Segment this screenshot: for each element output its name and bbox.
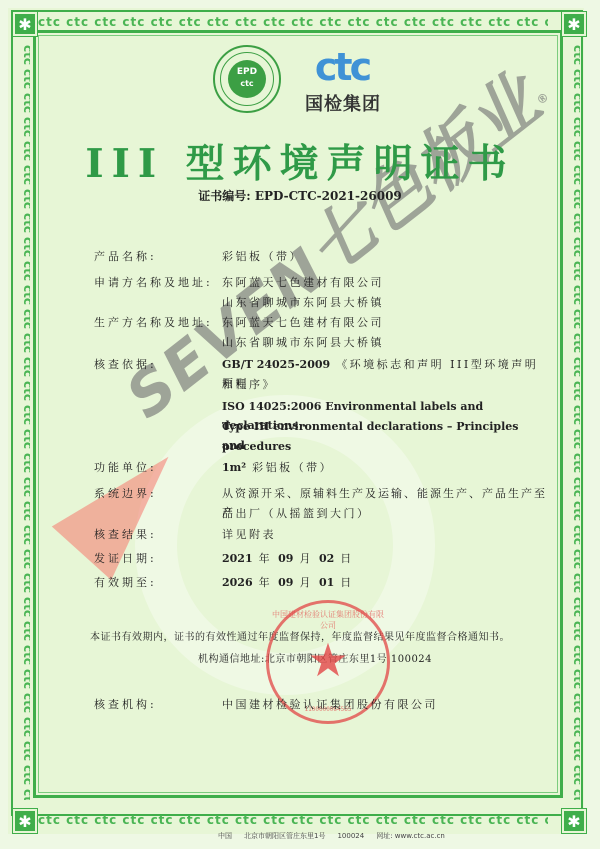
issue-date-value: 2021 年 09 月 02 日 (222, 549, 522, 568)
corner-asterisk-icon: ✱ (15, 811, 35, 831)
system-boundary-label: 系统边界: (94, 484, 157, 503)
system-boundary-line2: 品出厂（从摇篮到大门） (222, 504, 522, 523)
corner-asterisk-icon: ✱ (15, 14, 35, 34)
producer-address: 山东省聊城市东阿县大桥镇 (222, 333, 522, 352)
footer-info: 中国北京市朝阳区管庄东里1号100024网址: www.ctc.ac.cn (218, 831, 457, 841)
ctc-logo: ctc (302, 50, 382, 84)
product-name-label: 产品名称: (94, 247, 157, 266)
functional-unit-value: 1m² 彩铝板（带） (222, 458, 522, 477)
corner-asterisk-icon: ✱ (564, 14, 584, 34)
applicant-label: 申请方名称及地址: (94, 273, 213, 292)
seal-star-icon: ★ (269, 637, 387, 683)
producer-label: 生产方名称及地址: (94, 313, 213, 332)
border-pattern-top: ctc ctc ctc ctc ctc ctc ctc ctc ctc ctc … (38, 15, 548, 29)
certificate-number: 证书编号: EPD-CTC-2021-26009 (0, 187, 600, 204)
ctc-group-name: 国检集团 (296, 90, 390, 116)
result-label: 核查结果: (94, 525, 157, 544)
basis-gb-line2: 和程序》 (222, 375, 522, 394)
applicant-name: 东阿蓝天七色建材有限公司 (222, 273, 522, 292)
functional-unit-label: 功能单位: (94, 458, 157, 477)
corner-asterisk-icon: ✱ (564, 811, 584, 831)
border-pattern-bottom: ctc ctc ctc ctc ctc ctc ctc ctc ctc ctc … (38, 813, 548, 827)
applicant-address: 山东省聊城市东阿县大桥镇 (222, 293, 522, 312)
result-value: 详见附表 (222, 525, 522, 544)
valid-until-value: 2026 年 09 月 01 日 (222, 573, 522, 592)
valid-until-label: 有效期至: (94, 573, 157, 592)
verifier-label: 核查机构: (94, 695, 157, 714)
certificate-title: III 型环境声明证书 (0, 133, 600, 189)
verifier-value: 中国建材检验认证集团股份有限公司 (222, 695, 542, 714)
issue-date-label: 发证日期: (94, 549, 157, 568)
product-name-value: 彩铝板（带） (222, 247, 522, 266)
epd-logo: EPD ctc (213, 45, 281, 113)
basis-iso-line3: procedures (222, 437, 522, 456)
basis-label: 核查依据: (94, 355, 157, 374)
producer-name: 东阿蓝天七色建材有限公司 (222, 313, 522, 332)
